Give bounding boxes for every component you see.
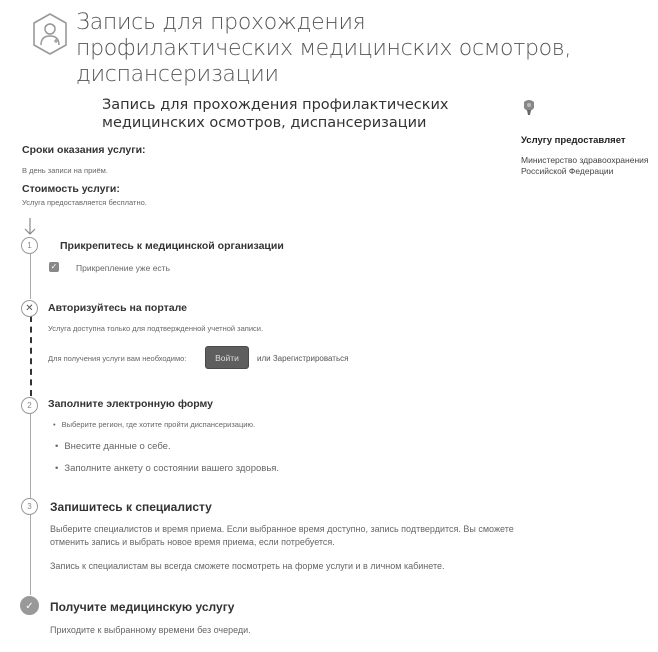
attachment-checkbox-label: Прикрепление уже есть [76, 263, 170, 273]
page-title: Запись для прохождения профилактических … [102, 96, 502, 132]
step-auth-prompt: Для получения услуги вам необходимо: [48, 354, 186, 363]
step-3-note: Запись к специалистам вы всегда сможете … [50, 561, 444, 571]
step-auth-text: Услуга доступна только для подтвержденно… [48, 324, 263, 333]
step-final-title: Получите медицинскую услугу [50, 600, 234, 614]
hero-title: Запись для прохождения профилактических … [76, 10, 576, 88]
timeline-rail-dashed [30, 316, 32, 396]
step-1-marker: 1 [21, 237, 38, 254]
check-icon: ✓ [20, 596, 39, 615]
hero-header: Запись для прохождения профилактических … [30, 10, 576, 88]
form-bullet: Заполните анкету о состоянии вашего здор… [55, 463, 279, 474]
step-2-marker: 2 [21, 397, 38, 414]
register-link[interactable]: или Зарегистрироваться [257, 354, 348, 363]
step-2-title: Заполните электронную форму [48, 398, 213, 410]
timeline-rail [30, 515, 31, 595]
timeline-rail [30, 254, 31, 299]
service-terms-value: В день записи на приём. [22, 166, 108, 175]
doctor-icon [30, 12, 70, 56]
step-1-title: Прикрепитесь к медицинской организации [60, 240, 284, 252]
attachment-checkbox[interactable]: ✓ [49, 262, 59, 272]
timeline-rail [30, 413, 31, 498]
step-3-text: Выберите специалистов и время приема. Ес… [50, 523, 530, 549]
step-3-marker: 3 [21, 498, 38, 515]
provider-panel: Услугу предоставляет Министерство здраво… [521, 98, 656, 177]
login-button[interactable]: Войти [205, 346, 249, 369]
provider-name: Министерство здравоохранения Российской … [521, 155, 656, 177]
step-auth-title: Авторизуйтесь на портале [48, 302, 187, 314]
form-bullet: Внесите данные о себе. [55, 441, 171, 452]
step-3-title: Запишитесь к специалисту [50, 500, 212, 514]
form-bullet: Выберите регион, где хотите пройти диспа… [53, 420, 255, 429]
arrow-down-icon [24, 218, 36, 236]
provider-label: Услугу предоставляет [521, 135, 656, 146]
step-auth-marker: ✕ [21, 300, 38, 317]
step-final-text: Приходите к выбранному времени без очере… [50, 625, 251, 635]
service-terms-label: Сроки оказания услуги: [22, 144, 146, 156]
coat-of-arms-icon [521, 98, 537, 116]
service-cost-value: Услуга предоставляется бесплатно. [22, 198, 147, 207]
service-cost-label: Стоимость услуги: [22, 183, 120, 195]
